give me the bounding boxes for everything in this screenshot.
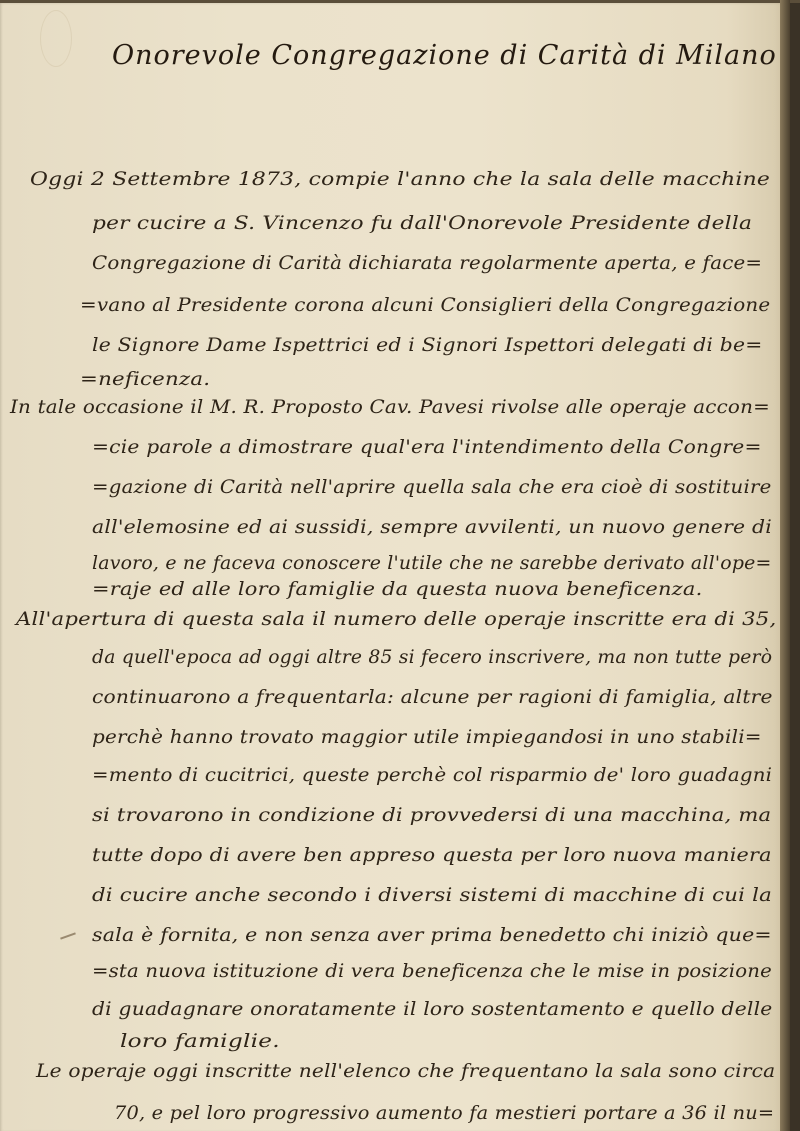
manuscript-line: =vano al Presidente corona alcuni Consig… bbox=[80, 294, 770, 316]
manuscript-line: =neficenza. bbox=[80, 368, 210, 390]
page-top-border bbox=[0, 0, 800, 3]
manuscript-line: all'elemosine ed ai sussidi, sempre avvi… bbox=[92, 516, 772, 538]
manuscript-line: =mento di cucitrici, queste perchè col r… bbox=[92, 764, 772, 786]
manuscript-line: loro famiglie. bbox=[120, 1030, 280, 1052]
manuscript-line: Oggi 2 Settembre 1873, compie l'anno che… bbox=[30, 168, 770, 190]
manuscript-line: Le operaje oggi inscritte nell'elenco ch… bbox=[36, 1060, 775, 1082]
manuscript-page: Onorevole Congregazione di Carità di Mil… bbox=[0, 0, 790, 1131]
manuscript-line: In tale occasione il M. R. Proposto Cav.… bbox=[10, 396, 770, 418]
manuscript-line: =sta nuova istituzione di vera beneficen… bbox=[92, 960, 772, 982]
manuscript-line: sala è fornita, e non senza aver prima b… bbox=[92, 924, 772, 946]
manuscript-line: =cie parole a dimostrare qual'era l'inte… bbox=[92, 436, 762, 458]
manuscript-line: si trovarono in condizione di provveders… bbox=[92, 804, 771, 826]
manuscript-line: perchè hanno trovato maggior utile impie… bbox=[92, 726, 762, 748]
manuscript-line: 70, e pel loro progressivo aumento fa me… bbox=[114, 1102, 774, 1124]
document-title: Onorevole Congregazione di Carità di Mil… bbox=[112, 40, 777, 71]
manuscript-line: le Signore Dame Ispettrici ed i Signori … bbox=[92, 334, 762, 356]
manuscript-line: =raje ed alle loro famiglie da questa nu… bbox=[92, 578, 702, 600]
manuscript-line: All'apertura di questa sala il numero de… bbox=[16, 608, 776, 630]
binding-edge bbox=[780, 0, 790, 1131]
margin-pen-mark bbox=[60, 932, 76, 939]
manuscript-line: lavoro, e ne faceva conoscere l'utile ch… bbox=[92, 552, 772, 574]
manuscript-line: Congregazione di Carità dichiarata regol… bbox=[92, 252, 762, 274]
manuscript-line: per cucire a S. Vincenzo fu dall'Onorevo… bbox=[92, 212, 752, 234]
manuscript-line: continuarono a frequentarla: alcune per … bbox=[92, 686, 773, 708]
manuscript-line: di guadagnare onoratamente il loro soste… bbox=[92, 998, 772, 1020]
manuscript-line: tutte dopo di avere ben appreso questa p… bbox=[92, 844, 772, 866]
manuscript-line: di cucire anche secondo i diversi sistem… bbox=[92, 884, 772, 906]
manuscript-line: da quell'epoca ad oggi altre 85 si fecer… bbox=[92, 646, 772, 668]
manuscript-line: =gazione di Carità nell'aprire quella sa… bbox=[92, 476, 772, 498]
